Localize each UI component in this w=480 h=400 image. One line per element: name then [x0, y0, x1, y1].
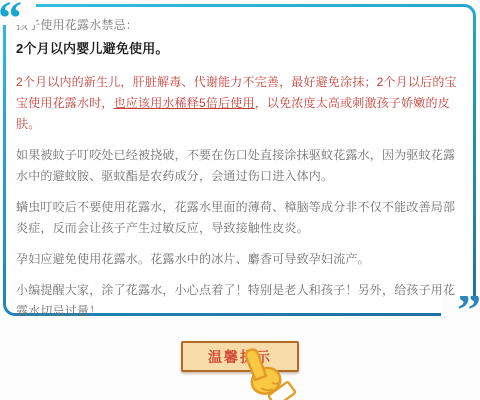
red-warning-paragraph: 2个月以内的新生儿，肝脏解毒、代谢能力不完善，最好避免涂抹；2个月以后的宝宝使用…	[16, 72, 460, 135]
article-page: “ ” 孩子使用花露水禁忌： 2个月以内婴儿避免使用。 2个月以内的新生儿，肝脏…	[0, 0, 480, 400]
headline: 2个月以内婴儿避免使用。	[16, 38, 460, 59]
paragraph-pregnant-women: 孕妇应避免使用花露水。花露水中的冰片、麝香可导致孕妇流产。	[16, 249, 460, 270]
warm-tips-button[interactable]: 温馨提示	[181, 341, 299, 372]
quote-content: 孩子使用花露水禁忌： 2个月以内婴儿避免使用。 2个月以内的新生儿，肝脏解毒、代…	[6, 7, 473, 313]
close-quote-icon: ”	[441, 296, 480, 328]
paragraph-mite-bite: 螨虫叮咬后不要使用花露水，花露水里面的薄荷、樟脑等成分非不仅不能改善局部炎症，反…	[16, 197, 460, 239]
paragraph-mosquito-wound: 如果被蚊子叮咬处已经被挠破，不要在伤口处直接涂抹驱蚊花露水，因为驱蚊花露水中的避…	[16, 145, 460, 187]
paragraph-editor-reminder: 小编提醒大家，涂了花露水，小心点着了！特别是老人和孩子！另外，给孩子用花露水切忌…	[16, 280, 460, 322]
tip-button-area: 温馨提示	[181, 341, 299, 399]
quote-panel: “ ” 孩子使用花露水禁忌： 2个月以内婴儿避免使用。 2个月以内的新生儿，肝脏…	[3, 4, 476, 316]
open-quote-icon: “	[0, 0, 36, 25]
red-text-underlined: 也应该用水稀释5倍后使用	[114, 96, 255, 110]
intro-line: 孩子使用花露水禁忌：	[16, 15, 460, 36]
